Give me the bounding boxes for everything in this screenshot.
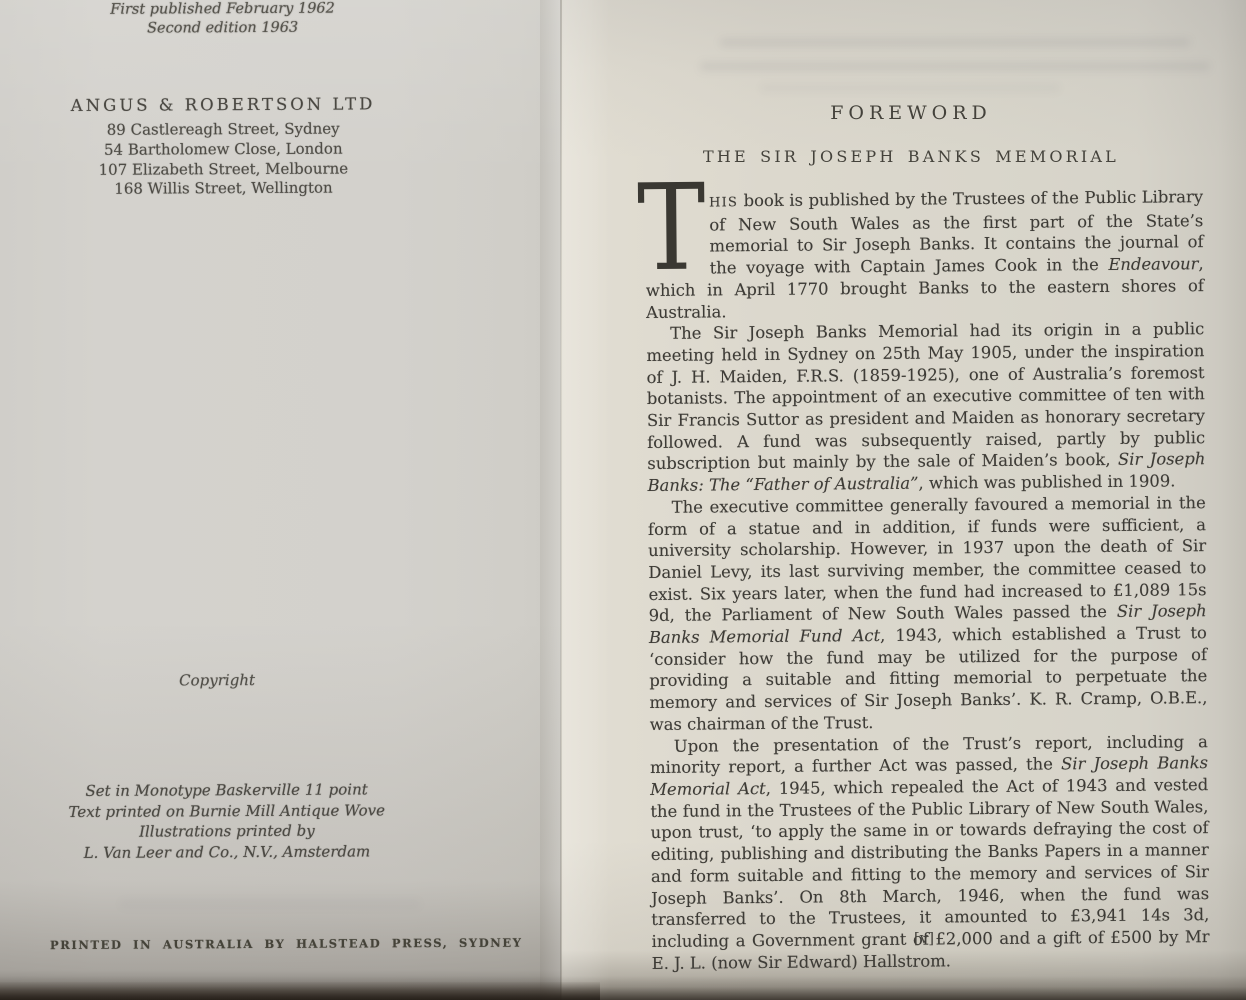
edition-line: First published February 1962 bbox=[40, 0, 405, 20]
foreword-heading: FOREWORD bbox=[621, 102, 1201, 124]
foreword-paragraph: THIS book is published by the Trustees o… bbox=[645, 186, 1204, 323]
publisher-address-line: 107 Elizabeth Street, Melbourne bbox=[31, 159, 416, 181]
printer-imprint: PRINTED IN AUSTRALIA BY HALSTEAD PRESS, … bbox=[50, 935, 550, 952]
foreword-paragraph: The executive committee generally favour… bbox=[648, 492, 1208, 736]
colophon-line: L. Van Leer and Co., N.V., Amsterdam bbox=[39, 841, 414, 864]
publisher-addresses: 89 Castlereagh Street, Sydney54 Bartholo… bbox=[31, 119, 416, 200]
copyright-notice: Copyright bbox=[34, 670, 401, 690]
photo-bottom-edge-left bbox=[0, 982, 600, 1000]
colophon: Set in Monotype Baskerville 11 pointText… bbox=[39, 779, 414, 863]
colophon-line: Illustrations printed by bbox=[39, 820, 414, 843]
edition-statement: First published February 1962Second edit… bbox=[40, 0, 405, 39]
publisher-address-line: 89 Castlereagh Street, Sydney bbox=[31, 119, 416, 141]
publisher-address-line: 168 Willis Street, Wellington bbox=[31, 179, 416, 201]
body-text: , which was published in 1909. bbox=[918, 472, 1175, 493]
italic-text: Endeavour bbox=[1108, 254, 1198, 274]
left-page-content: First published February 1962Second edit… bbox=[0, 0, 566, 1000]
page-number: [v] bbox=[645, 929, 1203, 947]
foreword-subheading: THE SIR JOSEPH BANKS MEMORIAL bbox=[621, 147, 1201, 166]
right-page-content: FOREWORD THE SIR JOSEPH BANKS MEMORIAL T… bbox=[561, 0, 1246, 1000]
foreword-body: THIS book is published by the Trustees o… bbox=[645, 186, 1210, 974]
publisher-address-line: 54 Bartholomew Close, London bbox=[31, 139, 416, 161]
publisher-name: ANGUS & ROBERTSON LTD bbox=[31, 94, 416, 115]
edition-line: Second edition 1963 bbox=[40, 18, 405, 39]
open-book-photo: First published February 1962Second edit… bbox=[0, 0, 1246, 1000]
dropcap-letter: T bbox=[637, 169, 706, 289]
foreword-paragraph: The Sir Joseph Banks Memorial had its or… bbox=[646, 318, 1205, 496]
colophon-line: Text printed on Burnie Mill Antique Wove bbox=[39, 800, 414, 823]
colophon-line: Set in Monotype Baskerville 11 point bbox=[39, 779, 414, 802]
body-text: HIS bbox=[709, 195, 738, 210]
